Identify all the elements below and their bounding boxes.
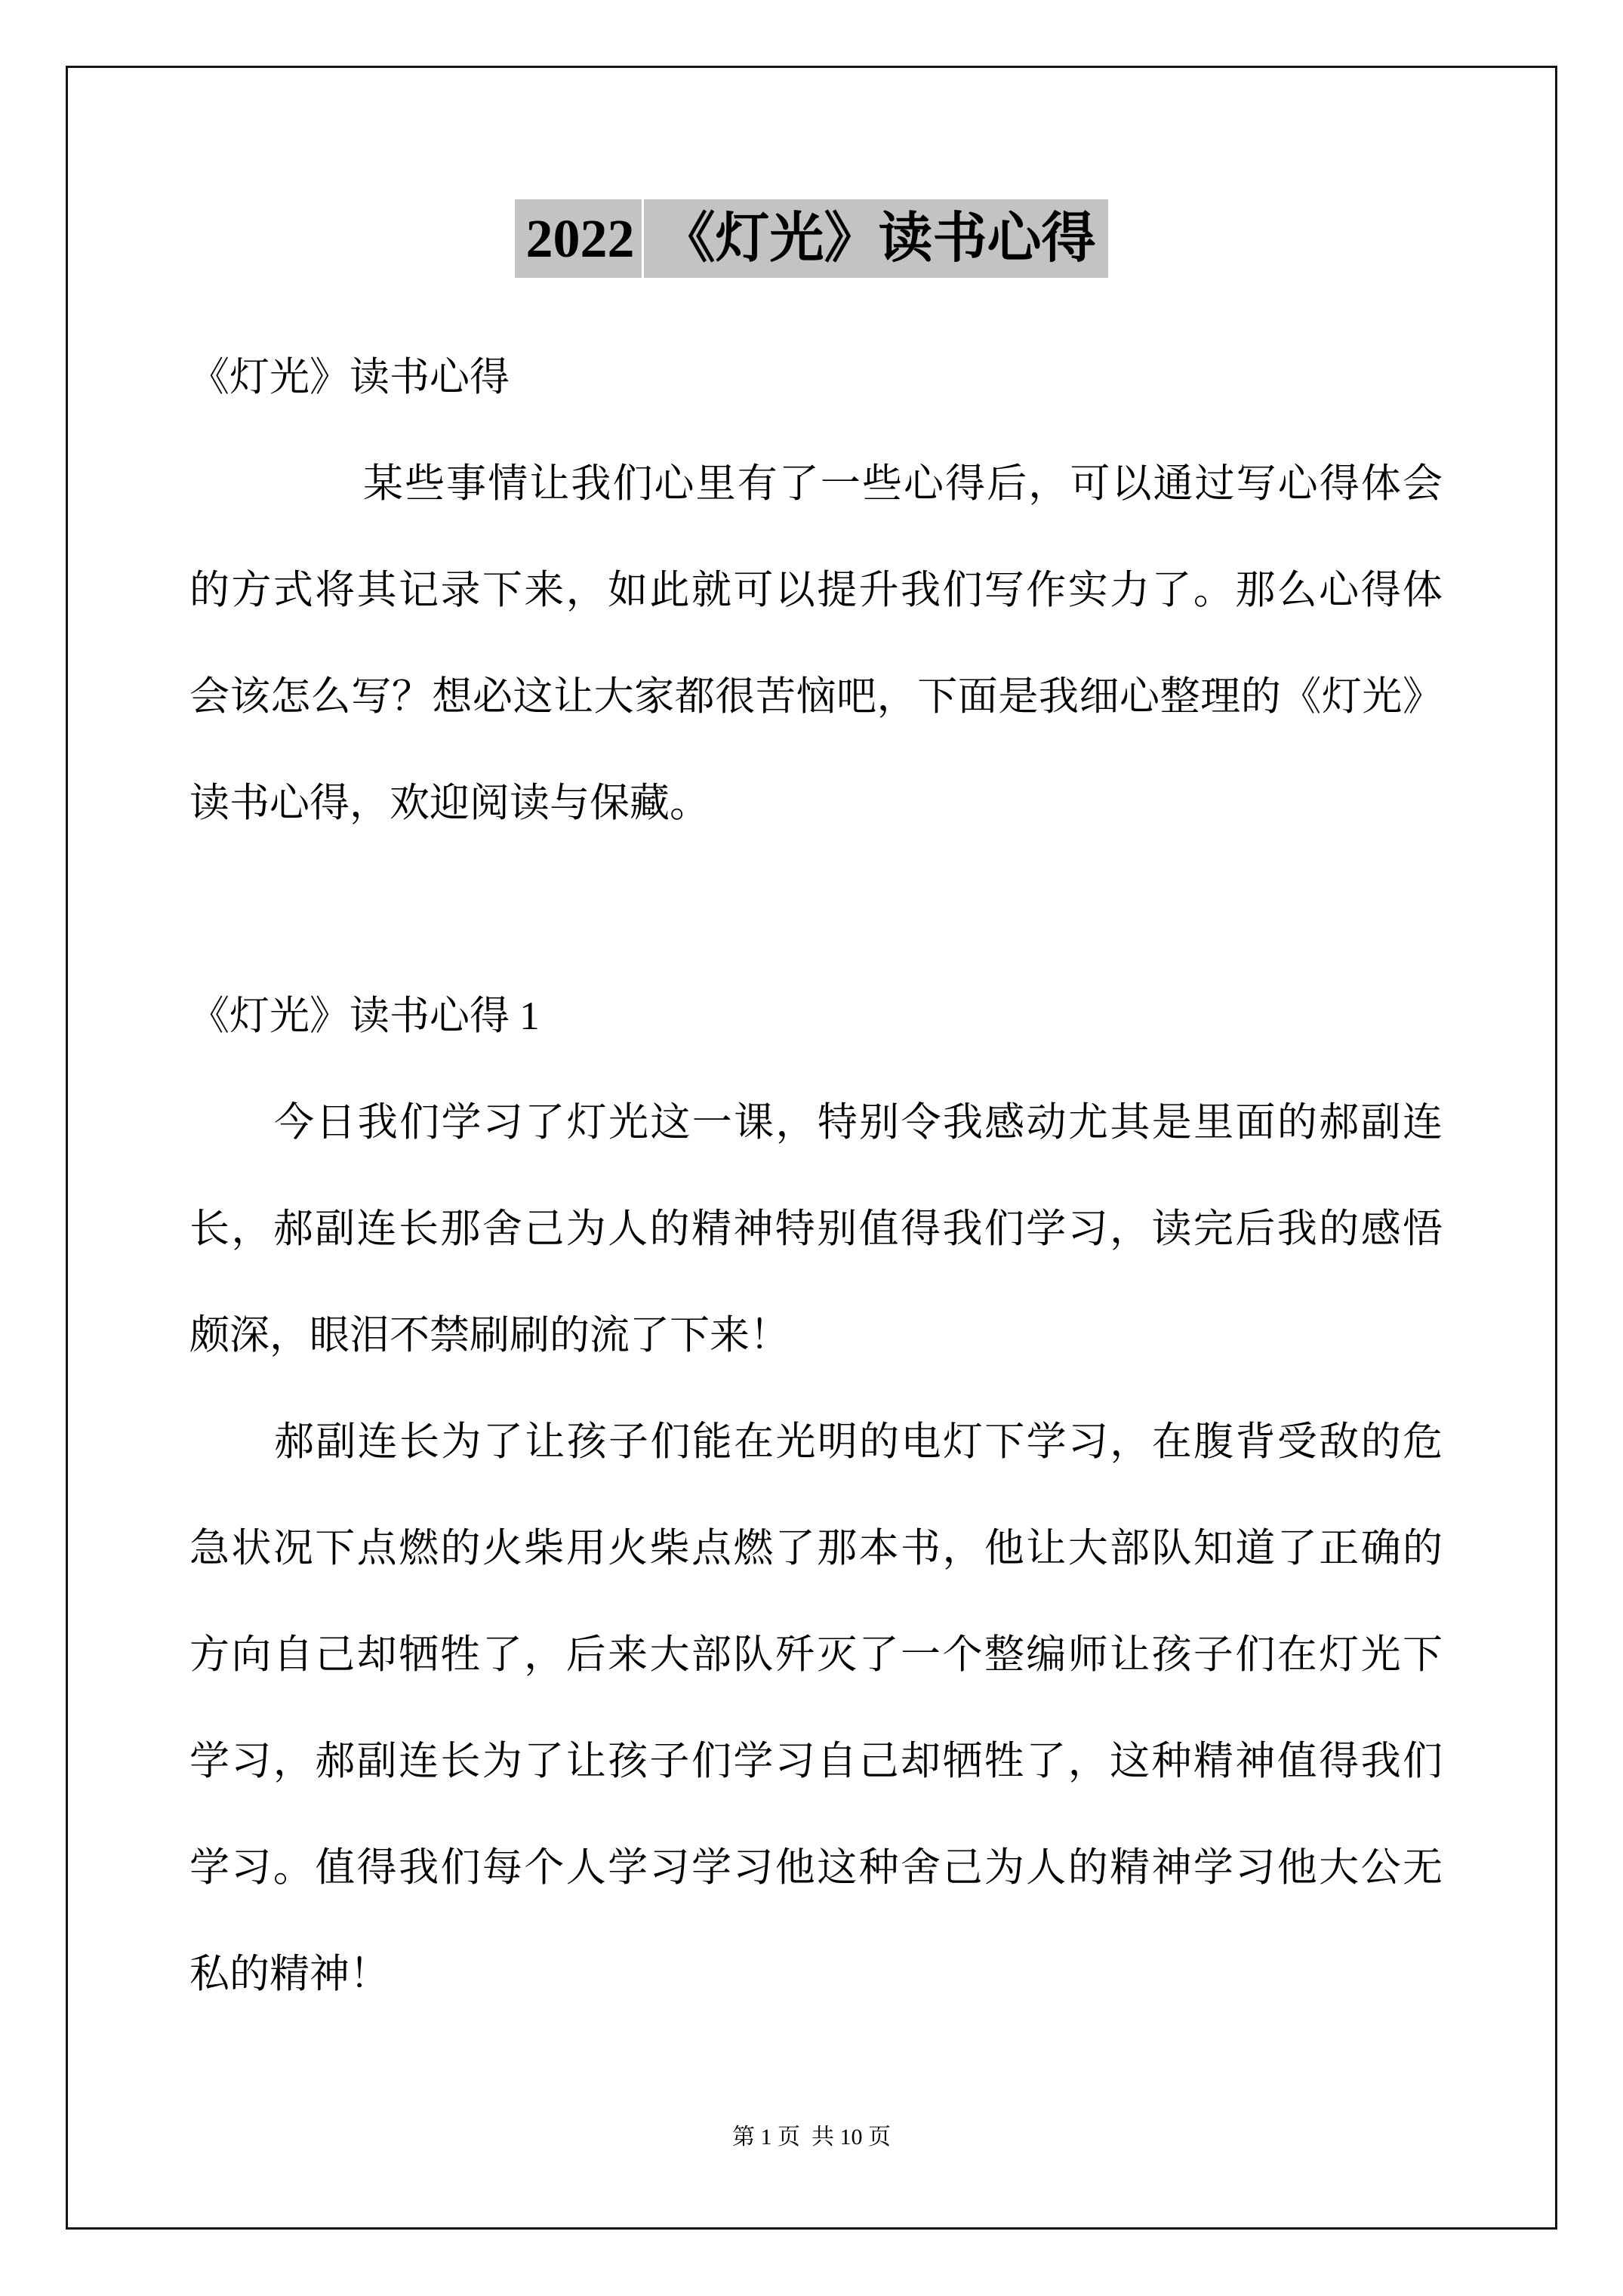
document-page: 2022《灯光》读书心得 《灯光》读书心得 某些事情让我们心里有了一些心得后，可… [0,0,1623,2296]
body-line: 急状况下点燃的火柴用火柴点燃了那本书，他让大部队知道了正确的 [189,1496,1443,1602]
body-line: 《灯光》读书心得 [189,325,1443,431]
body-line: 学习，郝副连长为了让孩子们学习自己却牺牲了，这种精神值得我们 [189,1709,1443,1815]
document-body: 《灯光》读书心得 某些事情让我们心里有了一些心得后，可以通过写心得体会 的方式将… [189,325,1443,2028]
document-title: 2022《灯光》读书心得 [0,199,1623,278]
body-line: 学习。值得我们每个人学习学习他这种舍己为人的精神学习他大公无 [189,1815,1443,1922]
blank-line [189,857,1443,963]
body-line: 郝副连长为了让孩子们能在光明的电灯下学习，在腹背受敌的危 [189,1389,1443,1496]
body-line: 方向自己却牺牲了，后来大部队歼灭了一个整编师让孩子们在灯光下 [189,1602,1443,1709]
body-line: 会该怎么写？想必这让大家都很苦恼吧，下面是我细心整理的《灯光》 [189,644,1443,750]
body-line: 的方式将其记录下来，如此就可以提升我们写作实力了。那么心得体 [189,538,1443,644]
body-line: 长，郝副连长那舍己为人的精神特别值得我们学习，读完后我的感悟 [189,1176,1443,1283]
page-footer: 第 1 页 共 10 页 [0,2120,1623,2155]
body-line: 读书心得，欢迎阅读与保藏。 [189,750,1443,857]
body-line: 颇深，眼泪不禁刷刷的流了下来！ [189,1283,1443,1389]
title-year: 2022 [515,199,642,278]
body-line: 某些事情让我们心里有了一些心得后，可以通过写心得体会 [189,431,1443,538]
title-text: 《灯光》读书心得 [644,199,1107,278]
section-heading: 《灯光》读书心得 1 [189,963,1443,1070]
body-line: 私的精神！ [189,1922,1443,2028]
body-line: 今日我们学习了灯光这一课，特别令我感动尤其是里面的郝副连 [189,1070,1443,1176]
